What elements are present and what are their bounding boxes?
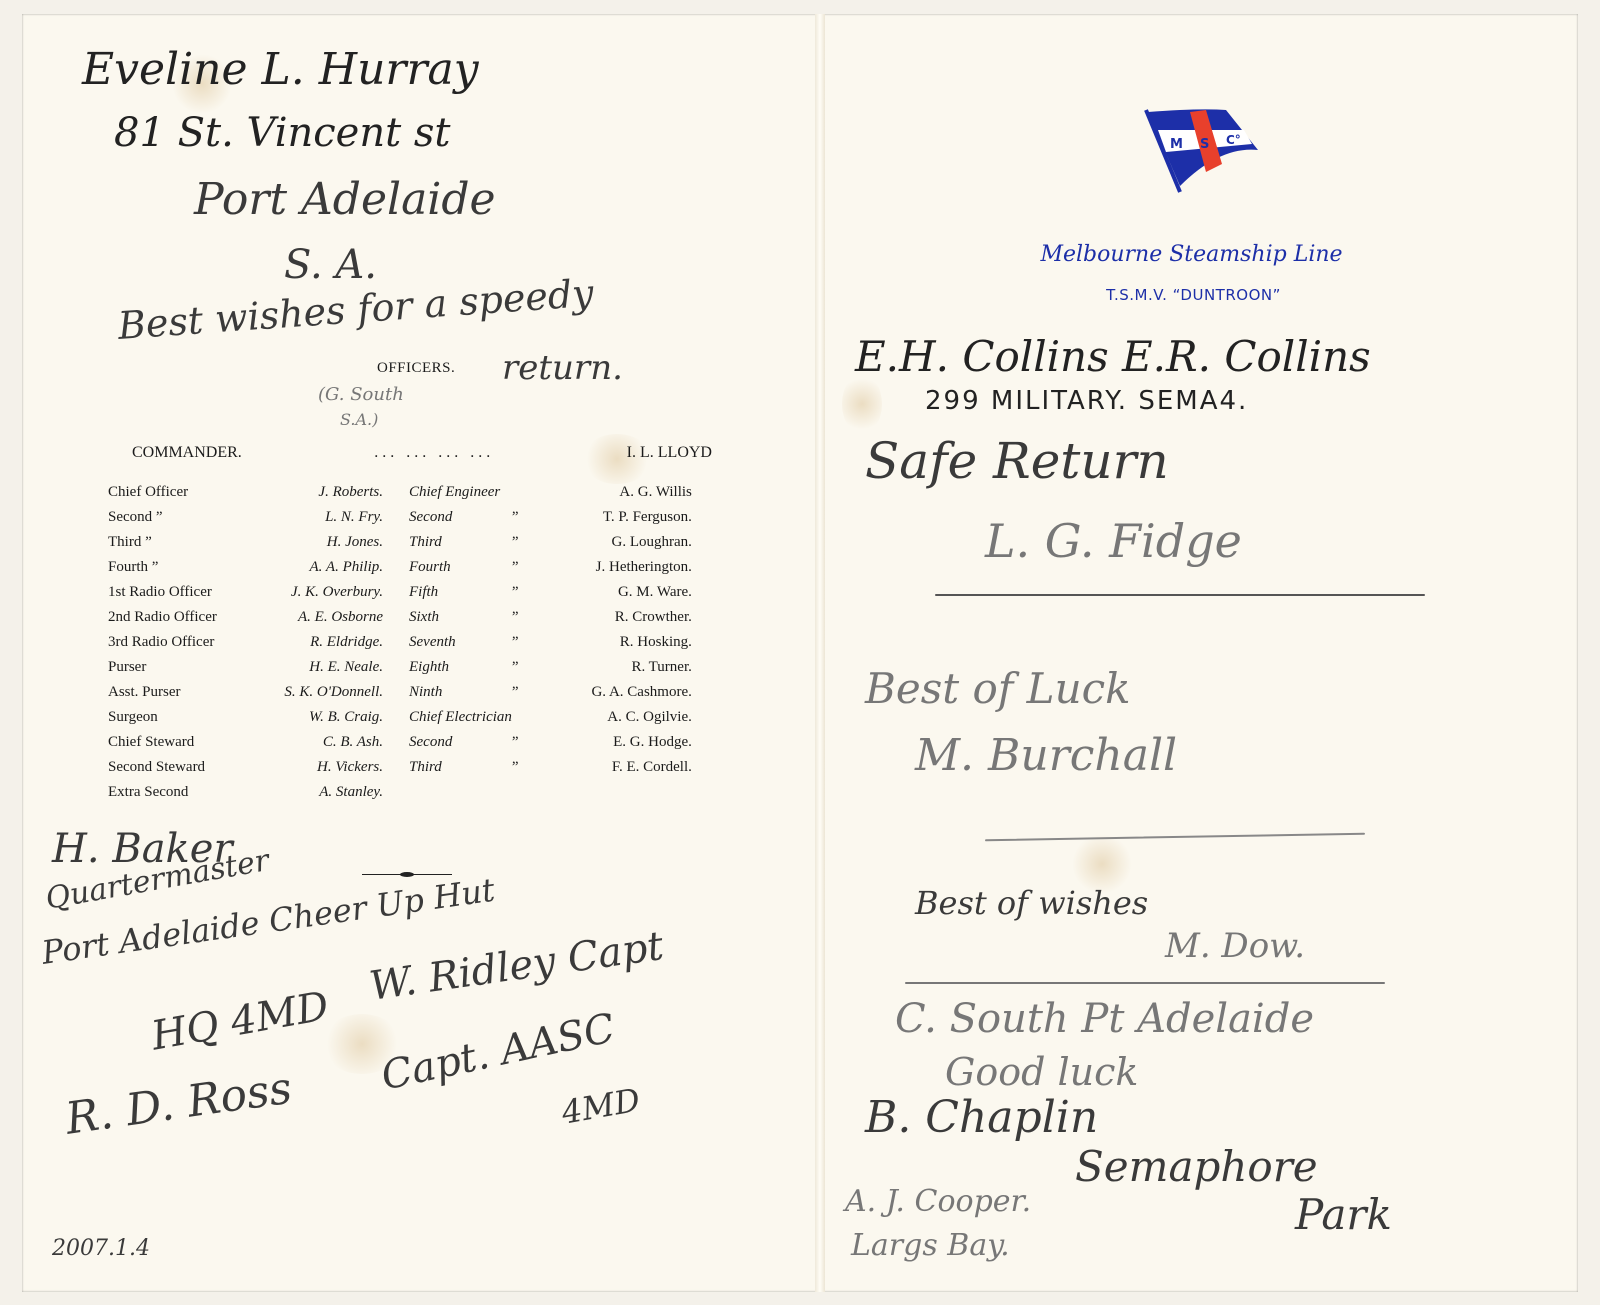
svg-text:M: M <box>1170 137 1183 152</box>
engine-rank: Chief Engineer <box>409 480 512 505</box>
handwritten-cooper: A. J. Cooper. <box>845 1184 1031 1219</box>
deck-officer-name: A. E. Osborne <box>228 605 409 630</box>
roster-row: Chief OfficerJ. Roberts.Chief EngineerA.… <box>108 480 692 505</box>
handwritten-ross: R. D. Ross <box>62 1063 294 1145</box>
ditto-mark <box>512 705 552 730</box>
svg-text:C°: C° <box>1226 133 1241 147</box>
engine-rank: Seventh <box>409 630 512 655</box>
handwritten-semaphore: Semaphore <box>1075 1142 1318 1191</box>
ditto-mark: ” <box>512 730 552 755</box>
ditto-mark <box>512 480 552 505</box>
handwritten-state: S. A. <box>284 242 377 288</box>
commander-name: I. L. LLOYD <box>627 444 712 462</box>
handwritten-return: return. <box>502 348 623 388</box>
deck-officer-name: J. K. Overbury. <box>228 580 409 605</box>
deck-officer-name: A. Stanley. <box>228 780 409 805</box>
deck-officer-name: L. N. Fry. <box>228 505 409 530</box>
engine-rank: Chief Electrician <box>409 705 512 730</box>
center-fold <box>815 14 825 1292</box>
deck-officer-name: W. B. Craig. <box>228 705 409 730</box>
commander-row: COMMANDER. ... ... ... ... I. L. LLOYD <box>132 444 712 462</box>
handwritten-collins-address: 299 MILITARY. SEMA4. <box>925 386 1248 416</box>
deck-officer-name: R. Eldridge. <box>228 630 409 655</box>
roster-row: SurgeonW. B. Craig.Chief ElectricianA. C… <box>108 705 692 730</box>
bracket-note-line1: (G. South <box>318 384 404 405</box>
ditto-mark <box>512 780 552 805</box>
company-name: Melbourne Steamship Line <box>815 242 1568 267</box>
engine-officer-name: E. G. Hodge. <box>552 730 692 755</box>
handwritten-park: Park <box>1295 1190 1392 1239</box>
deck-officer-name: A. A. Philip. <box>228 555 409 580</box>
roster-row: Chief StewardC. B. Ash.Second”E. G. Hodg… <box>108 730 692 755</box>
handwritten-good-luck: Good luck <box>945 1050 1138 1094</box>
engine-officer-name: A. C. Ogilvie. <box>552 705 692 730</box>
engine-rank: Ninth <box>409 680 512 705</box>
handwritten-dow: M. Dow. <box>1165 926 1305 966</box>
deck-officer-name: J. Roberts. <box>228 480 409 505</box>
engine-officer-name: R. Turner. <box>552 655 692 680</box>
deck-rank: Asst. Purser <box>108 680 228 705</box>
handwritten-capt-aasc: Capt. AASC <box>377 1005 619 1099</box>
handwritten-best-wishes: Best of wishes <box>915 884 1148 922</box>
pencil-rule <box>935 594 1425 596</box>
roster-row: 3rd Radio OfficerR. Eldridge.Seventh”R. … <box>108 630 692 655</box>
deck-rank: Chief Officer <box>108 480 228 505</box>
ditto-mark: ” <box>512 580 552 605</box>
officers-heading: OFFICERS. <box>377 360 455 377</box>
deck-officer-name: H. Jones. <box>228 530 409 555</box>
engine-officer-name: A. G. Willis <box>552 480 692 505</box>
handwritten-city: Port Adelaide <box>194 174 496 225</box>
handwritten-name: Eveline L. Hurray <box>82 44 479 95</box>
engine-officer-name: J. Hetherington. <box>552 555 692 580</box>
deck-rank: Second Steward <box>108 755 228 780</box>
ditto-mark: ” <box>512 630 552 655</box>
handwritten-best-luck: Best of Luck <box>865 664 1131 713</box>
roster-row: 2nd Radio OfficerA. E. OsborneSixth”R. C… <box>108 605 692 630</box>
ditto-mark: ” <box>512 555 552 580</box>
ditto-mark: ” <box>512 655 552 680</box>
ditto-mark: ” <box>512 530 552 555</box>
engine-officer-name: G. Loughran. <box>552 530 692 555</box>
handwritten-safe-return: Safe Return <box>865 432 1169 490</box>
ditto-mark: ” <box>512 755 552 780</box>
ditto-mark: ” <box>512 680 552 705</box>
deck-rank: Fourth ” <box>108 555 228 580</box>
engine-rank: Sixth <box>409 605 512 630</box>
engine-rank: Eighth <box>409 655 512 680</box>
roster-row: Second ”L. N. Fry.Second”T. P. Ferguson. <box>108 505 692 530</box>
left-panel: Eveline L. Hurray 81 St. Vincent st Port… <box>22 14 815 1292</box>
pencil-rule <box>905 982 1385 984</box>
roster-row: Asst. PurserS. K. O'Donnell.Ninth”G. A. … <box>108 680 692 705</box>
engine-officer-name: R. Crowther. <box>552 605 692 630</box>
officers-roster: Chief OfficerJ. Roberts.Chief EngineerA.… <box>108 480 692 805</box>
handwritten-fidge: L. G. Fidge <box>985 514 1242 568</box>
engine-officer-name: R. Hosking. <box>552 630 692 655</box>
deck-officer-name: S. K. O'Donnell. <box>228 680 409 705</box>
deck-rank: Third ” <box>108 530 228 555</box>
deck-rank: Second ” <box>108 505 228 530</box>
engine-rank <box>409 780 512 805</box>
engine-officer-name: F. E. Cordell. <box>552 755 692 780</box>
roster-row: PurserH. E. Neale.Eighth”R. Turner. <box>108 655 692 680</box>
handwritten-largs-bay: Largs Bay. <box>851 1228 1010 1263</box>
handwritten-hq: HQ 4MD <box>148 983 332 1059</box>
deck-rank: 3rd Radio Officer <box>108 630 228 655</box>
deck-rank: Purser <box>108 655 228 680</box>
deck-rank: 1st Radio Officer <box>108 580 228 605</box>
handwritten-street: 81 St. Vincent st <box>114 110 450 156</box>
deck-officer-name: C. B. Ash. <box>228 730 409 755</box>
engine-rank: Fourth <box>409 555 512 580</box>
roster-row: 1st Radio OfficerJ. K. Overbury.Fifth”G.… <box>108 580 692 605</box>
svg-text:S: S <box>1200 137 1209 152</box>
handwritten-ridley-capt: W. Ridley Capt <box>367 923 667 1010</box>
roster-row: Second StewardH. Vickers.Third”F. E. Cor… <box>108 755 692 780</box>
deck-officer-name: H. E. Neale. <box>228 655 409 680</box>
handwritten-chaplin: B. Chaplin <box>865 1092 1098 1143</box>
msc-house-flag-icon: M S C° <box>1140 106 1260 196</box>
right-panel: M S C° Melbourne Steamship Line T.S.M.V.… <box>825 14 1578 1292</box>
commander-dots: ... ... ... ... <box>374 444 494 462</box>
engine-rank: Third <box>409 530 512 555</box>
bracket-note-line2: S.A.) <box>340 410 378 429</box>
officers-card: Eveline L. Hurray 81 St. Vincent st Port… <box>22 14 1578 1292</box>
ditto-mark: ” <box>512 605 552 630</box>
deck-rank: 2nd Radio Officer <box>108 605 228 630</box>
engine-rank: Third <box>409 755 512 780</box>
roster-row: Third ”H. Jones.Third”G. Loughran. <box>108 530 692 555</box>
deck-officer-name: H. Vickers. <box>228 755 409 780</box>
engine-officer-name: G. A. Cashmore. <box>552 680 692 705</box>
pencil-rule <box>985 833 1365 842</box>
engine-rank: Fifth <box>409 580 512 605</box>
catalogue-mark: 2007.1.4 <box>52 1236 150 1261</box>
commander-label: COMMANDER. <box>132 444 242 462</box>
handwritten-4md: 4MD <box>559 1081 643 1132</box>
roster-row: Fourth ”A. A. Philip.Fourth”J. Hethering… <box>108 555 692 580</box>
roster-row: Extra SecondA. Stanley. <box>108 780 692 805</box>
handwritten-burchall: M. Burchall <box>915 730 1177 781</box>
engine-rank: Second <box>409 505 512 530</box>
ditto-mark: ” <box>512 505 552 530</box>
deck-rank: Extra Second <box>108 780 228 805</box>
engine-officer-name <box>552 780 692 805</box>
handwritten-collins: E.H. Collins E.R. Collins <box>855 332 1371 381</box>
engine-officer-name: T. P. Ferguson. <box>552 505 692 530</box>
engine-officer-name: G. M. Ware. <box>552 580 692 605</box>
deck-rank: Surgeon <box>108 705 228 730</box>
engine-rank: Second <box>409 730 512 755</box>
deck-rank: Chief Steward <box>108 730 228 755</box>
handwritten-south: C. South Pt Adelaide <box>895 996 1314 1042</box>
ship-name: T.S.M.V. “DUNTROON” <box>817 286 1570 304</box>
